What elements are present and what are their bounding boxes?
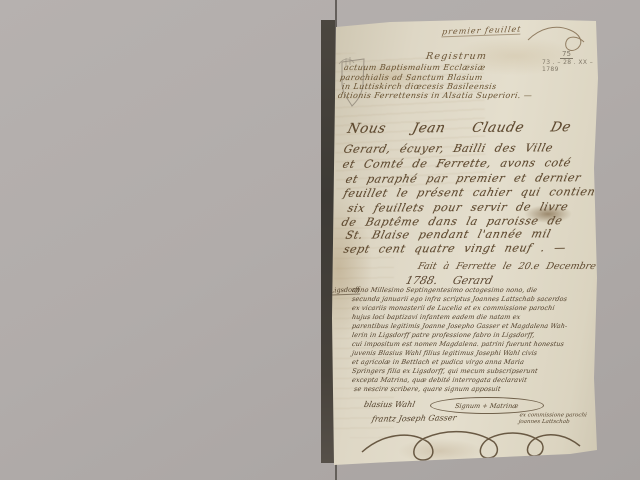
attestation-line: six feuillets pour servir de livre bbox=[346, 200, 570, 215]
entry-line: cui impositum est nomen Magdalena. patri… bbox=[351, 340, 564, 348]
manuscript-page: premier feuillet 75 73 . – 28 . XX – 178… bbox=[330, 18, 600, 465]
entry-line: hujus loci baptizavi infantem eadem die … bbox=[351, 313, 521, 321]
witness-signature: blasius Wahl bbox=[363, 400, 416, 409]
attestation-line: feuillet le présent cahier qui contient bbox=[342, 185, 602, 200]
header-line: parochialis ad Sanctum Blasium bbox=[339, 73, 483, 82]
archival-number: 75 bbox=[560, 50, 573, 59]
attestation-line: et Comté de Ferrette, avons coté bbox=[341, 156, 572, 171]
entry-line: ex vicariis monasterii de Lucelia et ex … bbox=[351, 304, 555, 312]
register-title: Registrum bbox=[425, 51, 488, 62]
folio-note: premier feuillet bbox=[441, 25, 522, 38]
attestation-line: Nous Jean Claude De bbox=[346, 119, 573, 137]
entry-line: et agricolæ in Bettlach et pudica virgo … bbox=[351, 358, 524, 366]
entry-line: Springers filia ex Ligsdorff, qui mecum … bbox=[351, 367, 538, 375]
clerk-note: ex commissione parochi joannes Lattschab bbox=[518, 412, 587, 425]
entry-line: juvenis Blasius Wahl filius legitimus Jo… bbox=[351, 349, 538, 357]
entry-line: lerin in Ligsdorff patre professione fab… bbox=[351, 331, 535, 339]
attestation-line: St. Blaise pendant l'année mil bbox=[344, 227, 552, 241]
pen-loop-flourish-icon bbox=[358, 424, 588, 464]
godmother-mark: Signum + Matrinæ bbox=[455, 402, 520, 410]
entry-line: excepta Matrina, quæ debité interrogata … bbox=[351, 376, 527, 384]
attestation-line: et paraphé par premier et dernier bbox=[344, 171, 582, 186]
header-line: ditionis Ferrettensis in Alsatia Superio… bbox=[337, 91, 532, 100]
header-line: in Luttiskirch diœcesis Basileensis bbox=[341, 82, 497, 91]
archival-reference: 73 . – 28 . XX – 1789 bbox=[542, 59, 600, 73]
attestation-line: Gerard, écuyer, Bailli des Ville bbox=[342, 141, 554, 155]
spine-shadow bbox=[321, 20, 335, 463]
attestation-dateline: Fait à Ferrette le 20.e Decembre bbox=[417, 261, 597, 272]
attestation-line: sept cent quatre vingt neuf . — bbox=[342, 241, 567, 256]
entry-line: se nescire scribere, quare signum apposu… bbox=[353, 385, 501, 393]
entry-line: anno Millesimo Septingentesimo octogesim… bbox=[351, 286, 538, 294]
pen-flourish-icon bbox=[526, 22, 588, 56]
father-signature: frantz Joseph Gasser bbox=[371, 413, 457, 423]
photo-background: premier feuillet 75 73 . – 28 . XX – 178… bbox=[0, 0, 640, 480]
entry-line: secunda januarii ego infra scriptus Joan… bbox=[351, 295, 568, 303]
header-line: actuum Baptismalium Ecclæsiæ bbox=[343, 63, 486, 72]
entry-line: parentibus legitimis Joanne Josepho Gass… bbox=[351, 322, 568, 330]
